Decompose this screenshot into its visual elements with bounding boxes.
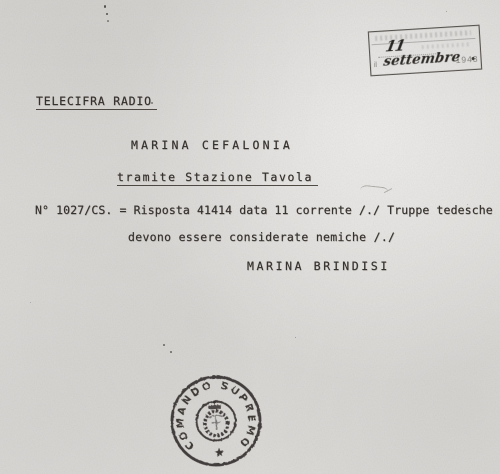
telegram-message-line-1: N° 1027/CS. = Risposta 41414 data 11 cor…	[35, 203, 493, 217]
telegram-routing-line: tramite Stazione Tavola	[117, 170, 318, 186]
stamp-prefix-label: il	[373, 60, 377, 69]
arrival-date-stamp: 11 il settembre 1943	[368, 25, 483, 77]
stamp-ink-blot	[471, 57, 474, 60]
stamp-faded-print-line	[422, 42, 472, 49]
telegram-document-page: TELECIFRA RADIO MARINA CEFALONIA tramite…	[0, 0, 500, 474]
telegram-header: TELECIFRA RADIO	[36, 94, 157, 110]
paper-speck	[295, 337, 296, 338]
paper-speck	[446, 11, 447, 12]
telegram-signature: MARINA BRINDISI	[247, 259, 390, 273]
seal-crest-emblem	[203, 400, 229, 437]
comando-supremo-seal: COMANDO SUPREMO ★	[166, 371, 266, 471]
stamp-handwritten-month: settembre	[382, 49, 461, 70]
paper-speck	[151, 102, 153, 104]
stamp-year: 1943	[455, 54, 478, 65]
telegram-addressee: MARINA CEFALONIA	[131, 138, 293, 152]
paper-speck	[163, 344, 165, 346]
seal-star-icon: ★	[213, 445, 225, 460]
paper-speck	[106, 13, 108, 15]
paper-speck	[104, 5, 106, 8]
crest-shield-marks	[209, 415, 224, 431]
crest-crown	[208, 404, 221, 410]
paper-speck	[30, 302, 31, 303]
paper-speck	[107, 20, 109, 22]
telegram-message-line-2: devono essere considerate nemiche /./	[128, 230, 395, 244]
paper-speck	[170, 351, 172, 353]
paper-speck	[285, 146, 288, 148]
